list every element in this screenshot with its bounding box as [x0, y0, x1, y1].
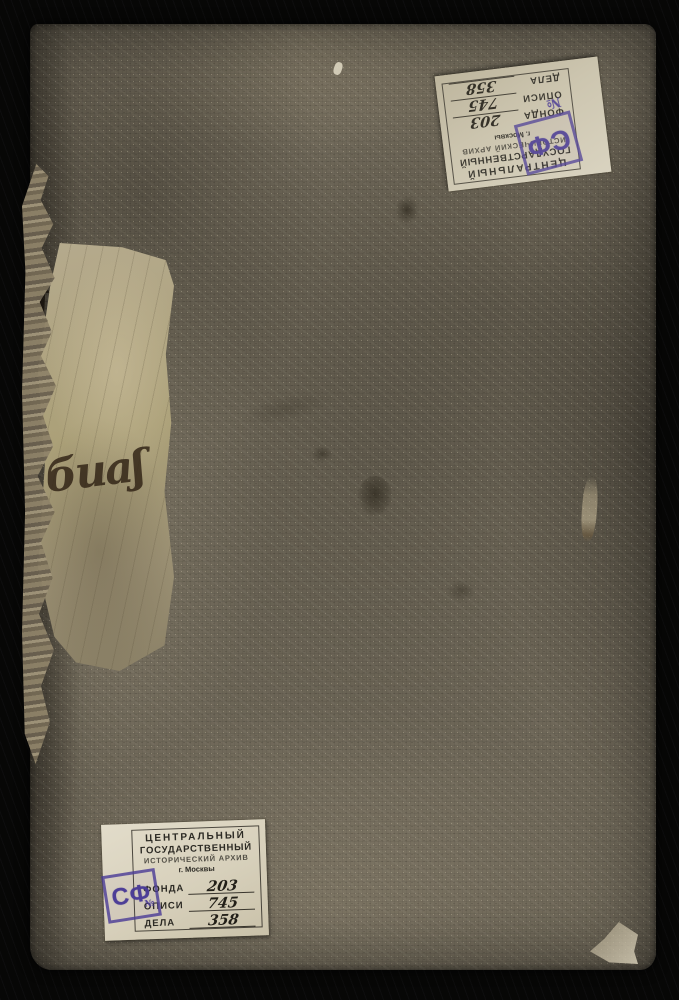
stain: [358, 476, 392, 516]
stain: [395, 196, 419, 224]
stain: [238, 387, 331, 431]
book-cover: биаʃ I ЦЕНТРАЛЬНЫЙ ГОСУДАРСТВЕННЫЙ ИСТОР…: [30, 24, 656, 970]
field-value-handwritten: 358: [189, 912, 257, 928]
sf-ink-stamp: СФ: [101, 868, 162, 924]
number-mark: №: [144, 899, 155, 910]
paper-fleck: [332, 61, 344, 76]
field-value-handwritten: 745: [189, 896, 257, 912]
drip-mark: [580, 476, 600, 543]
photo-background: биаʃ I ЦЕНТРАЛЬНЫЙ ГОСУДАРСТВЕННЫЙ ИСТОР…: [0, 0, 679, 1000]
field-label: ДЕЛА: [144, 917, 190, 931]
archive-stamp-top: ЦЕНТРАЛЬНЫЙ ГОСУДАРСТВЕННЫЙ ИСТОРИЧЕСКИЙ…: [435, 56, 612, 191]
archive-stamp-bottom: ЦЕНТРАЛЬНЫЙ ГОСУДАРСТВЕННЫЙ ИСТОРИЧЕСКИЙ…: [101, 819, 269, 941]
corner-wear: [590, 922, 638, 964]
field-value-handwritten: 203: [188, 879, 256, 895]
archive-stamp-content: ЦЕНТРАЛЬНЫЙ ГОСУДАРСТВЕННЫЙ ИСТОРИЧЕСКИЙ…: [449, 172, 612, 192]
archive-stamp-content: ЦЕНТРАЛЬНЫЙ ГОСУДАРСТВЕННЫЙ ИСТОРИЧЕСКИЙ…: [101, 819, 265, 825]
handwriting-fragment: биаʃ: [42, 436, 183, 551]
stain: [311, 446, 333, 462]
stain: [446, 580, 476, 602]
